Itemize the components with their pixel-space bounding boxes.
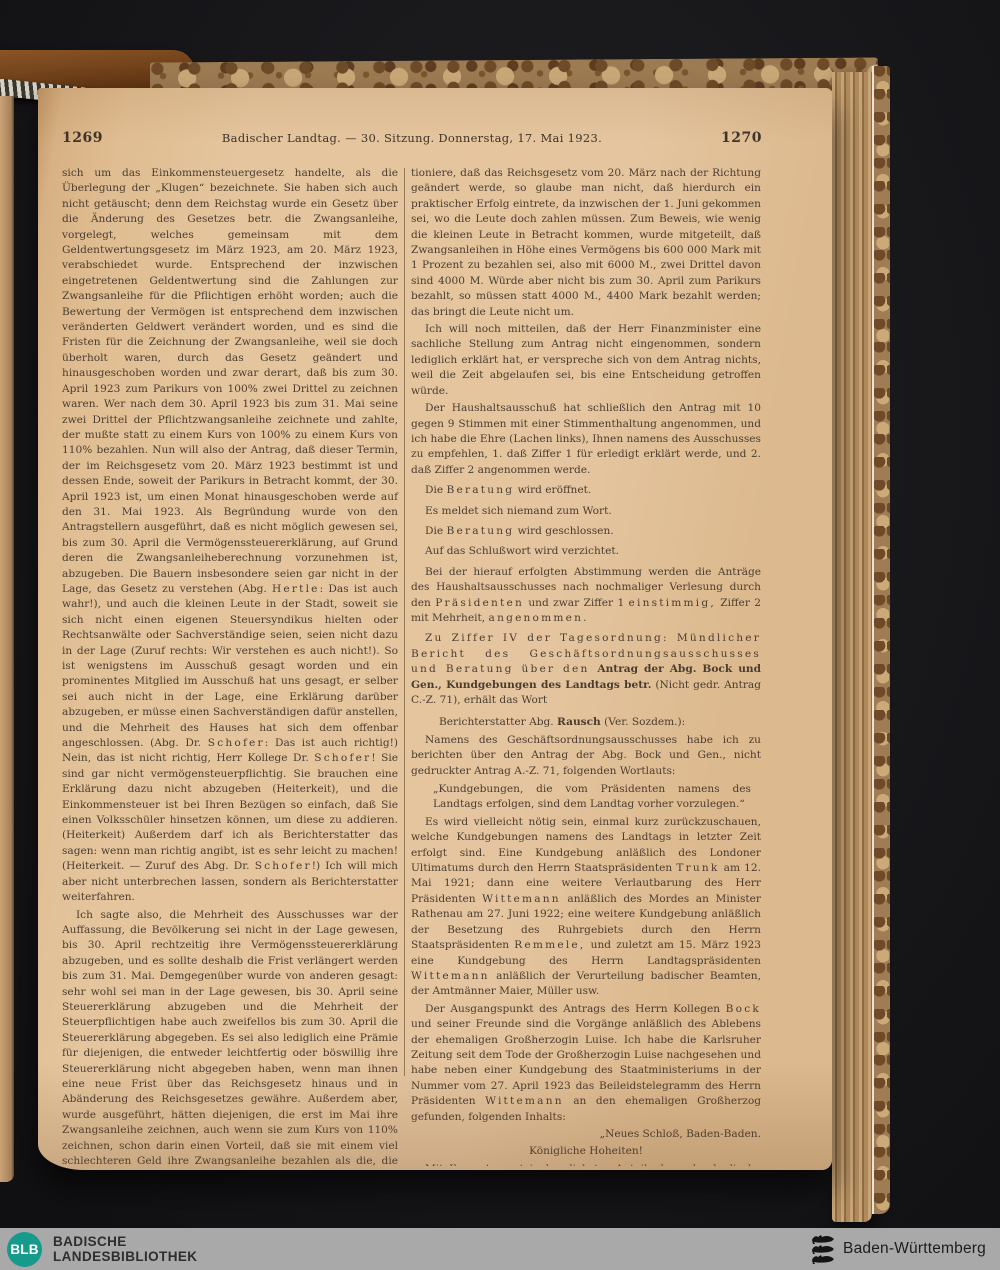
- library-scan-viewer: { "colors":{ "background":"#141416", "pa…: [0, 0, 1000, 1270]
- text-column-left: sich um das Einkommensteuergesetz handel…: [62, 166, 398, 1166]
- column-divider: [404, 168, 405, 1076]
- paragraph: Der Ausgangspunkt des Antrags des Herrn …: [411, 1002, 761, 1125]
- paragraph: Ich will noch mitteilen, daß der Herr Fi…: [411, 322, 761, 399]
- paragraph: „Neues Schloß, Baden-Baden.: [411, 1127, 761, 1142]
- text-columns: sich um das Einkommensteuergesetz handel…: [62, 166, 762, 1166]
- facing-page-sliver: [0, 96, 14, 1182]
- paragraph: Zu Ziffer IV der Tagesordnung: Mündliche…: [411, 631, 761, 708]
- paragraph: Mit Ihnen trauert in herzlichster Anteil…: [411, 1162, 761, 1166]
- running-header: Badischer Landtag. — 30. Sitzung. Donner…: [103, 131, 721, 145]
- library-name: BADISCHE LANDESBIBLIOTHEK: [53, 1234, 197, 1264]
- book-page: 1269 Badischer Landtag. — 30. Sitzung. D…: [38, 88, 832, 1170]
- state-branding: Baden-Württemberg: [810, 1228, 986, 1270]
- book-fore-edge-pages: [832, 72, 872, 1222]
- paragraph: Bei der hierauf erfolgten Abstimmung wer…: [411, 565, 761, 627]
- library-name-line1: BADISCHE: [53, 1234, 197, 1249]
- paragraph: Es meldet sich niemand zum Wort.: [411, 504, 761, 519]
- paragraph: Ich sagte also, die Mehrheit des Ausschu…: [62, 908, 398, 1167]
- book-photograph: 1269 Badischer Landtag. — 30. Sitzung. D…: [0, 0, 1000, 1228]
- state-name: Baden-Württemberg: [843, 1240, 986, 1258]
- paragraph: sich um das Einkommensteuergesetz handel…: [62, 166, 398, 906]
- viewer-footer: BLB BADISCHE LANDESBIBLIOTHEK Baden-Würt…: [0, 1228, 1000, 1270]
- paragraph: „Kundgebungen, die vom Präsidenten namen…: [433, 782, 751, 813]
- text-column-right: tioniere, daß das Reichsgesetz vom 20. M…: [411, 166, 761, 1166]
- paragraph: Auf das Schlußwort wird verzichtet.: [411, 544, 761, 559]
- left-page-number: 1269: [62, 130, 103, 146]
- right-page-number: 1270: [721, 130, 762, 146]
- paragraph: Es wird vielleicht nötig sein, einmal ku…: [411, 815, 761, 1000]
- paragraph: tioniere, daß das Reichsgesetz vom 20. M…: [411, 166, 761, 320]
- marbled-fore-edge: [872, 66, 890, 1214]
- paragraph: Namens des Geschäftsordnungsausschusses …: [411, 733, 761, 779]
- library-name-line2: LANDESBIBLIOTHEK: [53, 1249, 197, 1264]
- page-header: 1269 Badischer Landtag. — 30. Sitzung. D…: [62, 130, 762, 146]
- paragraph: Die Beratung wird eröffnet.: [411, 483, 761, 498]
- blb-logo-icon: BLB: [7, 1232, 42, 1267]
- paragraph: Berichterstatter Abg. Rausch (Ver. Sozde…: [411, 715, 761, 730]
- paragraph: Der Haushaltsausschuß hat schließlich de…: [411, 401, 761, 478]
- paragraph: Die Beratung wird geschlossen.: [411, 524, 761, 539]
- baden-wuerttemberg-coat-of-arms-icon: [810, 1233, 836, 1265]
- paragraph: Königliche Hoheiten!: [411, 1144, 761, 1159]
